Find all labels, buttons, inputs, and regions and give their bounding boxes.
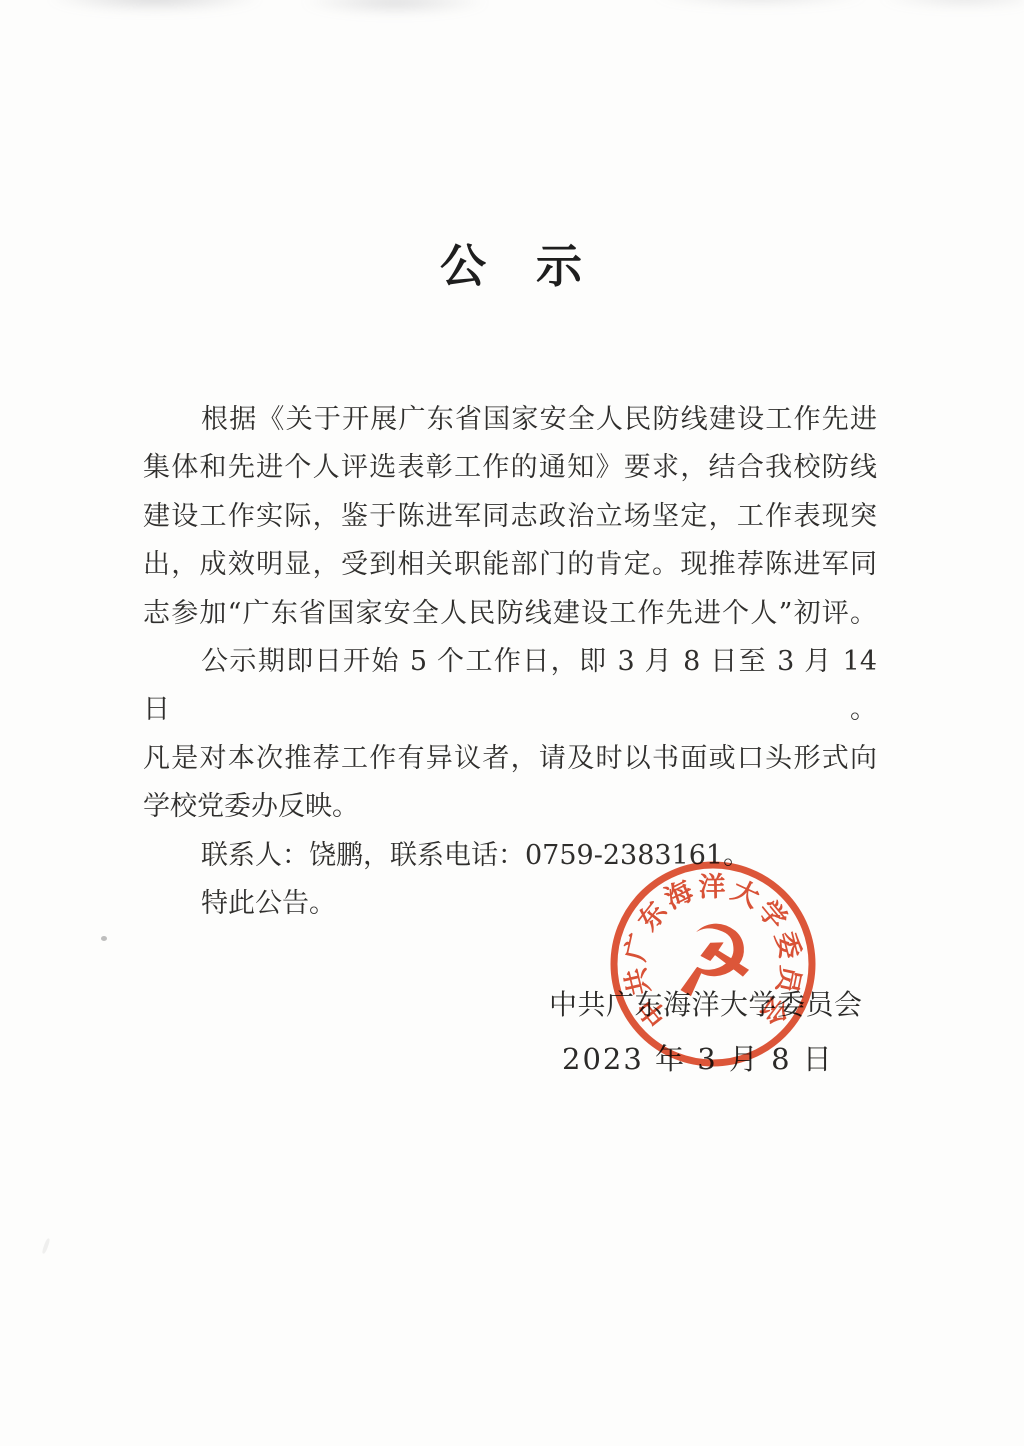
body-line: 建设工作实际，鉴于陈进军同志政治立场坚定，工作表现突 xyxy=(143,493,877,541)
hammer-and-sickle-icon: ☭ xyxy=(665,901,760,1020)
body-line: 公示期即日开始 5 个工作日，即 3 月 8 日至 3 月 14 日。 xyxy=(143,638,877,735)
body-line: 根据《关于开展广东省国家安全人民防线建设工作先进 xyxy=(143,396,877,444)
notice-title: 公 示 xyxy=(0,230,1024,296)
body-line: 学校党委办反映。 xyxy=(143,783,877,831)
body-line: 凡是对本次推荐工作有异议者，请及时以书面或口头形式向 xyxy=(143,735,877,783)
body-line: 出，成效明显，受到相关职能部门的肯定。现推荐陈进军同 xyxy=(143,541,877,589)
body-line: 集体和先进个人评选表彰工作的通知》要求，结合我校防线 xyxy=(143,444,877,492)
notice-page: 公 示 根据《关于开展广东省国家安全人民防线建设工作先进 集体和先进个人评选表彰… xyxy=(0,0,1024,1446)
body-line: 志参加“广东省国家安全人民防线建设工作先进个人”初评。 xyxy=(143,590,877,638)
scan-artifact-top xyxy=(0,0,1024,40)
scan-speck xyxy=(101,936,107,941)
scan-speck xyxy=(41,1238,50,1254)
official-seal: 中共广东海洋大学委员会 ☭ xyxy=(597,848,829,1080)
